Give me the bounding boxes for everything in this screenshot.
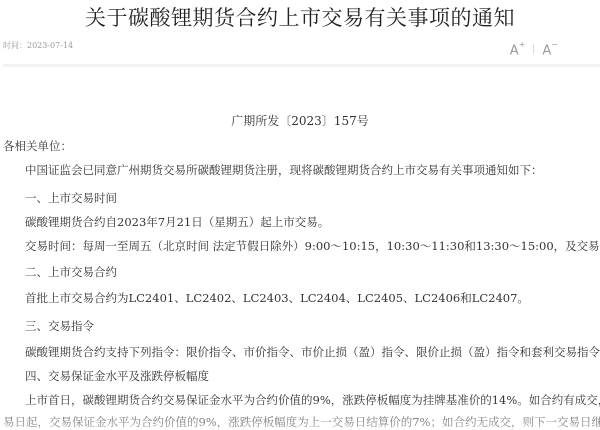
paragraph-margin-line-2: 易日起，交易保证金水平为合约价值的9%，涨跌停板幅度为上一交易日结算价的7%；如… [3, 414, 600, 430]
article-title: 关于碳酸锂期货合约上市交易有关事项的通知 [0, 4, 600, 32]
publish-date: 时间：2023-07-14 [3, 40, 73, 52]
paragraph-contracts: 首批上市交易合约为LC2401、LC2402、LC2403、LC2404、LC2… [25, 290, 529, 306]
salutation: 各相关单位： [3, 138, 72, 154]
font-size-tools: A+ A− [502, 39, 566, 59]
font-decrease-icon: A [542, 43, 551, 58]
font-increase-icon: A [510, 43, 519, 58]
section-heading-2: 二、上市交易合约 [25, 264, 117, 280]
font-decrease-button[interactable]: A− [534, 39, 566, 59]
section-heading-1: 一、上市交易时间 [25, 190, 117, 206]
font-increase-button[interactable]: A+ [502, 39, 534, 59]
intro-paragraph: 中国证监会已同意广州期货交易所碳酸锂期货注册，现将碳酸锂期货合约上市交易有关事项… [25, 162, 543, 178]
paragraph-order-types: 碳酸锂期货合约支持下列指令：限价指令、市价指令、市价止损（盈）指令、限价止损（盈… [25, 344, 600, 360]
paragraph-trading-hours: 交易时间：每周一至周五（北京时间 法定节假日除外）9:00～10:15，10:3… [25, 238, 600, 254]
document-number: 广期所发〔2023〕157号 [0, 113, 600, 129]
header-divider [3, 64, 600, 67]
section-heading-3: 三、交易指令 [25, 318, 94, 334]
paragraph-listing-date: 碳酸锂期货合约自2023年7月21日（星期五）起上市交易。 [25, 214, 329, 230]
paragraph-margin-line-1: 上市首日，碳酸锂期货合约交易保证金水平为合约价值的9%，涨跌停板幅度为挂牌基准价… [25, 392, 600, 408]
section-heading-4: 四、交易保证金水平及涨跌停板幅度 [25, 368, 209, 384]
